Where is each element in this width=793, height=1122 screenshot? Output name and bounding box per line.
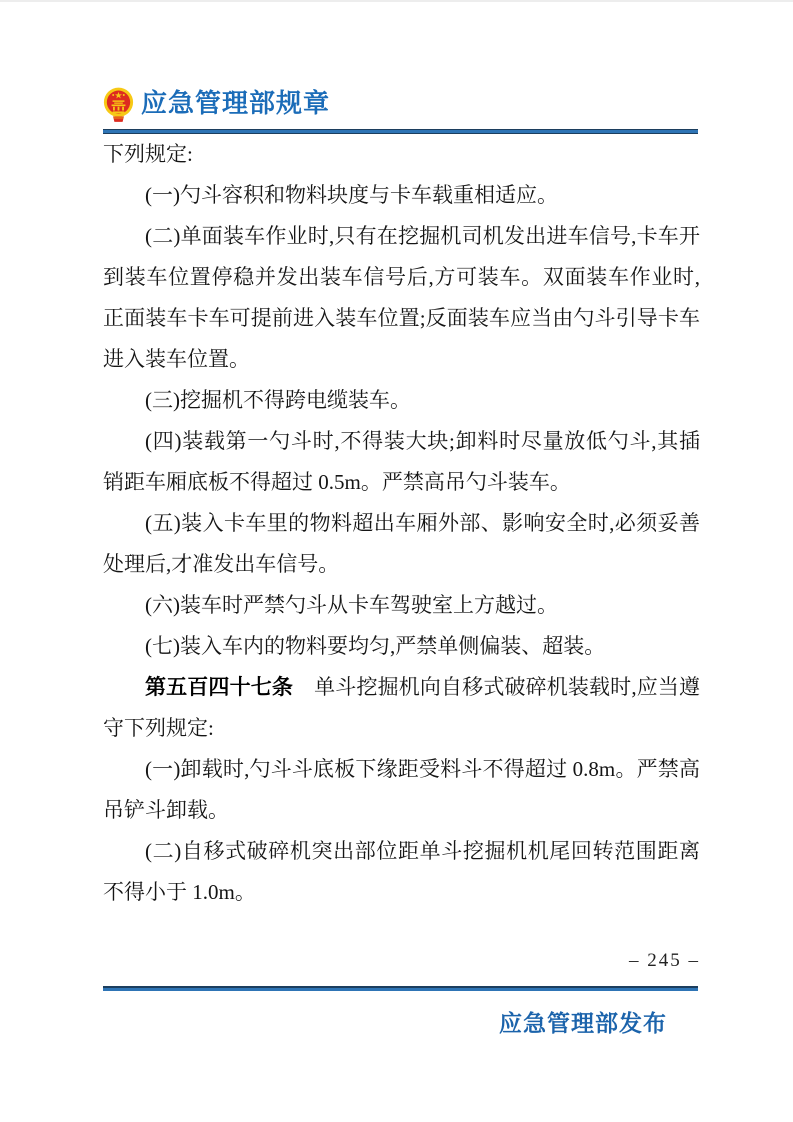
paragraph-text: (一)卸载时,勺斗斗底板下缘距受料斗不得超过 0.8m。严禁高吊铲斗卸载。 [103,757,700,822]
paragraph-text: (七)装入车内的物料要均匀,严禁单侧偏装、超装。 [145,634,605,658]
page-title: 应急管理部规章 [141,90,330,119]
body-paragraph: (二)单面装车作业时,只有在挖掘机司机发出进车信号,卡车开到装车位置停稳并发出装… [103,216,700,380]
body-paragraph-article-547: 第五百四十七条 单斗挖掘机向自移式破碎机装载时,应当遵守下列规定: [103,667,700,749]
body-paragraph: (二)自移式破碎机突出部位距单斗挖掘机机尾回转范围距离不得小于 1.0m。 [103,831,700,913]
page-header: 应急管理部规章 [103,85,330,123]
body-paragraph: (七)装入车内的物料要均匀,严禁单侧偏装、超装。 [103,626,700,667]
article-number: 第五百四十七条 [145,676,293,699]
paragraph-text: (二)自移式破碎机突出部位距单斗挖掘机机尾回转范围距离不得小于 1.0m。 [103,839,700,904]
paragraph-text: 下列规定: [103,142,193,166]
paragraph-text: (六)装车时严禁勺斗从卡车驾驶室上方越过。 [145,593,558,617]
body-paragraph: (一)勺斗容积和物料块度与卡车载重相适应。 [103,175,700,216]
body-paragraph: (六)装车时严禁勺斗从卡车驾驶室上方越过。 [103,585,700,626]
footer-divider [103,986,698,991]
body-paragraph: (五)装入卡车里的物料超出车厢外部、影响安全时,必须妥善处理后,才准发出车信号。 [103,503,700,585]
paragraph-text: (一)勺斗容积和物料块度与卡车载重相适应。 [145,183,558,207]
body-paragraph: 下列规定: [103,134,700,175]
document-page: 应急管理部规章 下列规定: (一)勺斗容积和物料块度与卡车载重相适应。 (二)单… [0,0,793,1122]
document-body: 下列规定: (一)勺斗容积和物料块度与卡车载重相适应。 (二)单面装车作业时,只… [103,134,700,913]
body-paragraph: (一)卸载时,勺斗斗底板下缘距受料斗不得超过 0.8m。严禁高吊铲斗卸载。 [103,749,700,831]
paragraph-text: (五)装入卡车里的物料超出车厢外部、影响安全时,必须妥善处理后,才准发出车信号。 [103,511,700,576]
publisher-label: 应急管理部发布 [499,1005,667,1038]
body-paragraph: (四)装载第一勺斗时,不得装大块;卸料时尽量放低勺斗,其插销距车厢底板不得超过 … [103,421,700,503]
national-emblem-icon [103,86,134,123]
body-paragraph: (三)挖掘机不得跨电缆装车。 [103,380,700,421]
page-number: – 245 – [629,950,700,972]
paragraph-text: (二)单面装车作业时,只有在挖掘机司机发出进车信号,卡车开到装车位置停稳并发出装… [103,224,700,371]
paragraph-text: (四)装载第一勺斗时,不得装大块;卸料时尽量放低勺斗,其插销距车厢底板不得超过 … [103,429,700,494]
paragraph-text: (三)挖掘机不得跨电缆装车。 [145,388,411,412]
